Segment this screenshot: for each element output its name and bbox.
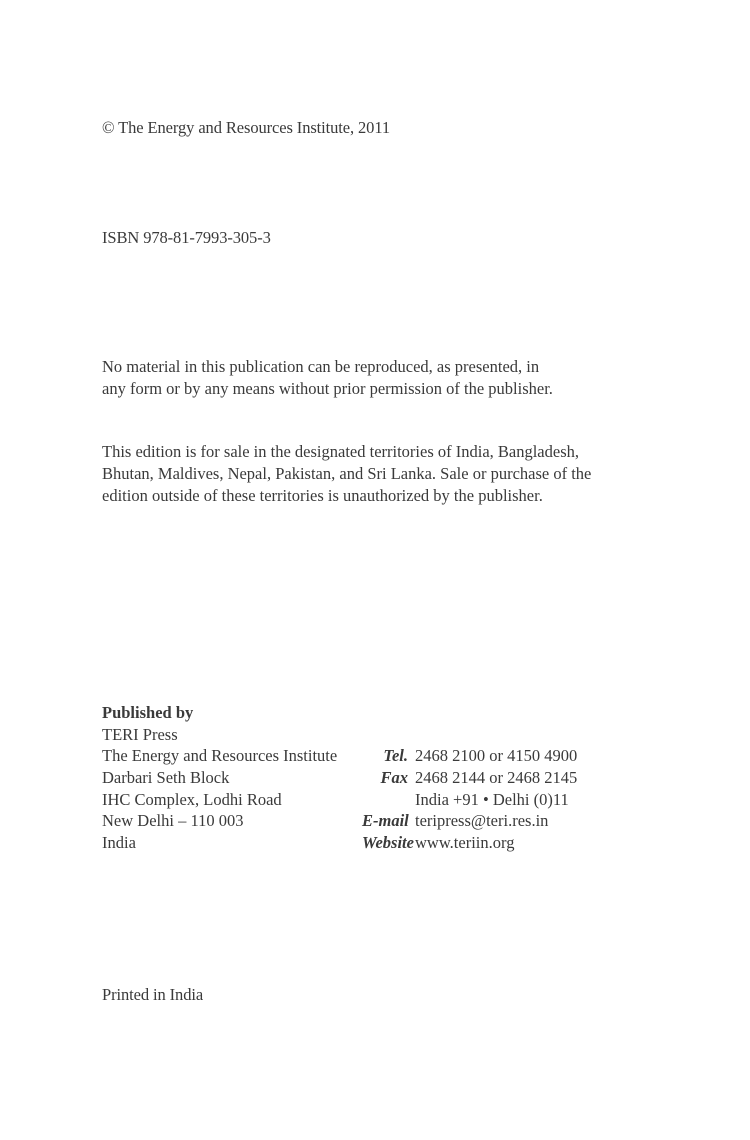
publisher-row: Darbari Seth BlockFax2468 2144 or 2468 2… [102, 767, 577, 789]
address-line: New Delhi – 110 003 [102, 810, 362, 832]
notice-line: No material in this publication can be r… [102, 356, 553, 378]
notice-line: edition outside of these territories is … [102, 485, 591, 507]
address-line: India [102, 832, 362, 854]
copyright-line: © The Energy and Resources Institute, 20… [102, 117, 390, 139]
publisher-heading: Published by [102, 702, 577, 724]
contact-value: India +91 • Delhi (0)11 [415, 789, 569, 811]
notice-line: This edition is for sale in the designat… [102, 441, 591, 463]
contact-label: Fax [362, 767, 415, 789]
notice-line: any form or by any means without prior p… [102, 378, 553, 400]
contact-value: 2468 2100 or 4150 4900 [415, 745, 577, 767]
contact-label: Website [362, 832, 415, 854]
contact-label: Tel. [362, 745, 415, 767]
contact-value: 2468 2144 or 2468 2145 [415, 767, 577, 789]
contact-value: www.teriin.org [415, 832, 514, 854]
contact-label: E-mail [362, 810, 415, 832]
publisher-block: Published by TERI PressThe Energy and Re… [102, 702, 577, 854]
publisher-row: IndiaWebsitewww.teriin.org [102, 832, 577, 854]
contact-label [362, 789, 415, 811]
isbn: ISBN 978-81-7993-305-3 [102, 227, 271, 249]
address-line: Darbari Seth Block [102, 767, 362, 789]
notice-line: Bhutan, Maldives, Nepal, Pakistan, and S… [102, 463, 591, 485]
territory-notice: This edition is for sale in the designat… [102, 441, 591, 507]
printed-in: Printed in India [102, 984, 203, 1006]
publisher-row: IHC Complex, Lodhi RoadIndia +91 • Delhi… [102, 789, 577, 811]
contact-value: teripress@teri.res.in [415, 810, 548, 832]
address-line: TERI Press [102, 724, 362, 746]
publisher-row: The Energy and Resources InstituteTel.24… [102, 745, 577, 767]
address-line: IHC Complex, Lodhi Road [102, 789, 362, 811]
publisher-row: New Delhi – 110 003E-mailteripress@teri.… [102, 810, 577, 832]
publisher-row: TERI Press [102, 724, 577, 746]
address-line: The Energy and Resources Institute [102, 745, 362, 767]
contact-label [362, 724, 415, 746]
reproduction-notice: No material in this publication can be r… [102, 356, 553, 400]
